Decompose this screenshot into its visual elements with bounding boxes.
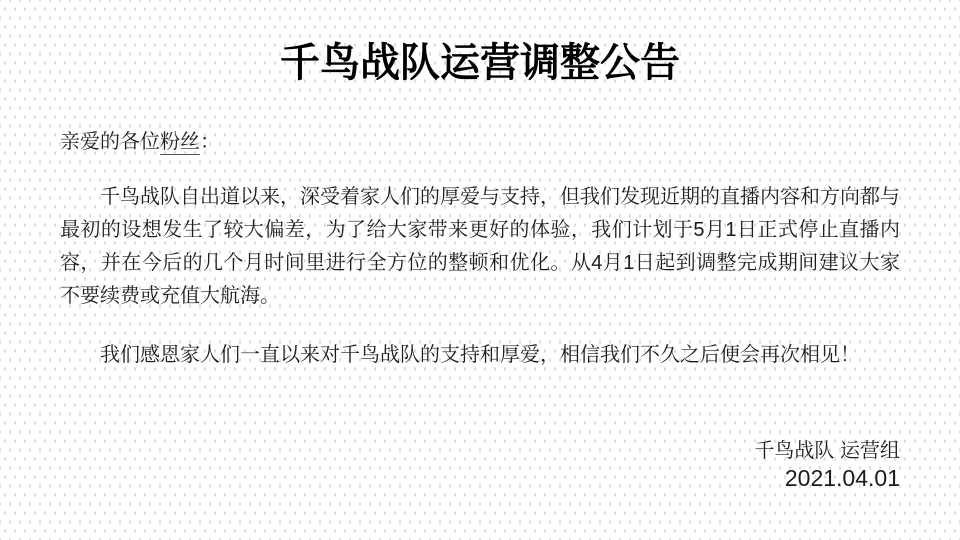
paragraph-thanks: 我们感恩家人们一直以来对千鸟战队的支持和厚爱，相信我们不久之后便会再次相见！ — [60, 339, 900, 372]
page-title: 千鸟战队运营调整公告 — [0, 0, 960, 88]
signature-date: 2021.04.01 — [60, 465, 900, 492]
greeting-line: 亲爱的各位粉丝： — [60, 126, 900, 159]
announcement-body: 亲爱的各位粉丝： 千鸟战队自出道以来，深受着家人们的厚爱与支持，但我们发现近期的… — [60, 126, 900, 492]
signature-block: 千鸟战队 运营组 2021.04.01 — [60, 438, 900, 492]
announcement-slide: 千鸟战队运营调整公告 亲爱的各位粉丝： 千鸟战队自出道以来，深受着家人们的厚爱与… — [0, 0, 960, 540]
greeting-underlined-word: 粉丝 — [160, 131, 200, 155]
greeting-prefix: 亲爱的各位 — [60, 131, 160, 153]
signature-team: 千鸟战队 运营组 — [60, 438, 900, 465]
paragraph-main: 千鸟战队自出道以来，深受着家人们的厚爱与支持，但我们发现近期的直播内容和方向都与… — [60, 181, 900, 313]
greeting-colon: ： — [200, 131, 220, 153]
